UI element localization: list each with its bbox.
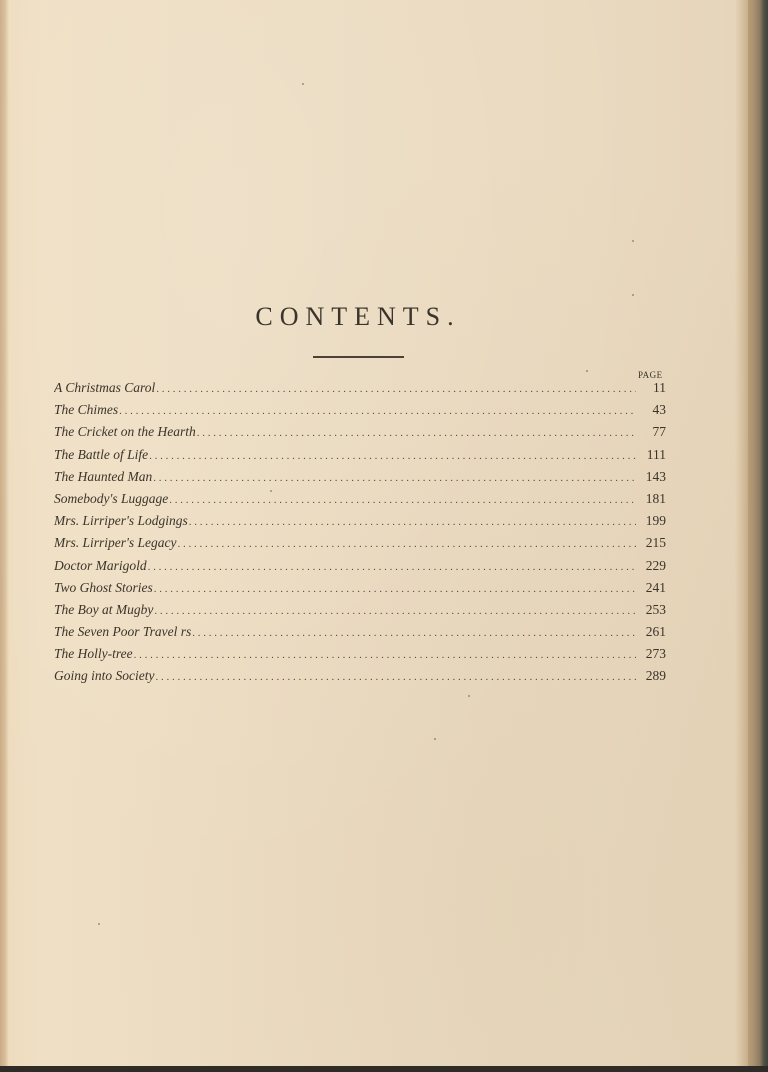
toc-entry-page: 253 — [642, 602, 666, 618]
book-page: CONTENTS. PAGE A Christmas Carol 11 The … — [0, 0, 748, 1066]
toc-entry-page: 261 — [642, 624, 666, 640]
toc-entry: The Boy at Mugby 253 — [54, 602, 666, 624]
book-fore-edge — [748, 0, 768, 1072]
toc-entry-title: Doctor Marigold — [54, 558, 147, 574]
dot-leader — [149, 450, 636, 462]
toc-entry: Doctor Marigold 229 — [54, 558, 666, 580]
toc-entry-title: The Chimes — [54, 402, 118, 418]
paper-speck — [302, 83, 304, 85]
toc-entry-title: Somebody's Luggage — [54, 491, 168, 507]
paper-speck — [632, 240, 634, 242]
toc-entry: Two Ghost Stories 241 — [54, 580, 666, 602]
toc-entry-title: The Holly-tree — [54, 646, 133, 662]
dot-leader — [154, 605, 636, 617]
dot-leader — [119, 405, 636, 417]
dot-leader — [197, 427, 636, 439]
toc-entry-page: 181 — [642, 491, 666, 507]
paper-speck — [434, 738, 436, 740]
paper-speck — [586, 370, 588, 372]
toc-entry-title: The Haunted Man — [54, 469, 152, 485]
toc-entry-title: A Christmas Carol — [54, 380, 155, 396]
toc-entry: The Haunted Man 143 — [54, 469, 666, 491]
title-rule — [313, 356, 404, 358]
toc-entry: A Christmas Carol 11 — [54, 380, 666, 402]
toc-entry-page: 229 — [642, 558, 666, 574]
toc-entry-title: Mrs. Lirriper's Lodgings — [54, 513, 188, 529]
toc-entry: Somebody's Luggage 181 — [54, 491, 666, 513]
paper-speck — [98, 923, 100, 925]
paper-speck — [632, 294, 634, 296]
dot-leader — [153, 472, 636, 484]
toc-entry: The Chimes 43 — [54, 402, 666, 424]
toc-entry-page: 241 — [642, 580, 666, 596]
dot-leader — [169, 494, 636, 506]
dot-leader — [134, 649, 636, 661]
table-of-contents: A Christmas Carol 11 The Chimes 43 The C… — [54, 380, 666, 691]
toc-entry-page: 215 — [642, 535, 666, 551]
dot-leader — [154, 583, 636, 595]
page-column-label: PAGE — [638, 370, 663, 380]
toc-entry-page: 43 — [642, 402, 666, 418]
toc-entry: Mrs. Lirriper's Lodgings 199 — [54, 513, 666, 535]
toc-entry-title: Two Ghost Stories — [54, 580, 153, 596]
toc-entry-page: 143 — [642, 469, 666, 485]
dot-leader — [156, 383, 636, 395]
toc-entry-page: 11 — [642, 380, 666, 396]
toc-entry-title: The Seven Poor Travel rs — [54, 624, 191, 640]
toc-entry-title: The Battle of Life — [54, 447, 148, 463]
dot-leader — [178, 538, 636, 550]
dot-leader — [155, 671, 636, 683]
toc-entry-title: The Cricket on the Hearth — [54, 424, 196, 440]
toc-entry-title: The Boy at Mugby — [54, 602, 153, 618]
toc-entry-page: 77 — [642, 424, 666, 440]
toc-entry-page: 273 — [642, 646, 666, 662]
toc-entry: The Holly-tree 273 — [54, 646, 666, 668]
toc-entry: The Seven Poor Travel rs 261 — [54, 624, 666, 646]
book-bottom-edge — [0, 1066, 768, 1072]
toc-entry: The Cricket on the Hearth 77 — [54, 424, 666, 446]
dot-leader — [189, 516, 636, 528]
dot-leader — [192, 627, 636, 639]
toc-entry: Going into Society 289 — [54, 668, 666, 690]
toc-entry: Mrs. Lirriper's Legacy 215 — [54, 535, 666, 557]
toc-entry-page: 199 — [642, 513, 666, 529]
dot-leader — [148, 561, 636, 573]
toc-entry-title: Going into Society — [54, 668, 154, 684]
page-title: CONTENTS. — [0, 302, 716, 332]
toc-entry: The Battle of Life 111 — [54, 447, 666, 469]
toc-entry-title: Mrs. Lirriper's Legacy — [54, 535, 177, 551]
paper-speck — [468, 695, 470, 697]
toc-entry-page: 111 — [642, 447, 666, 463]
toc-entry-page: 289 — [642, 668, 666, 684]
